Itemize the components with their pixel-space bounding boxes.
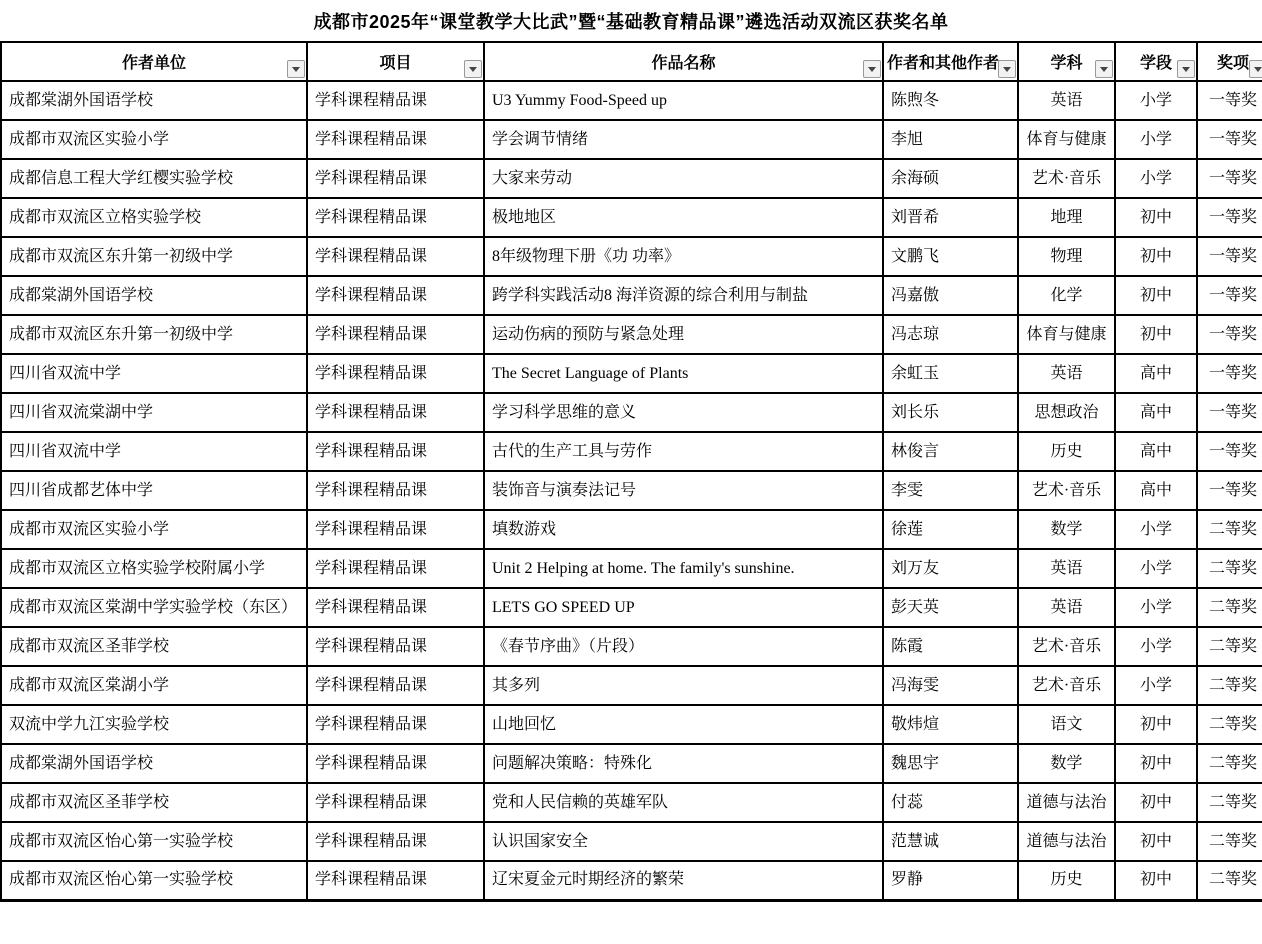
cell-award[interactable]: 二等奖 xyxy=(1197,666,1262,705)
cell-unit[interactable]: 四川省成都艺体中学 xyxy=(1,471,307,510)
cell-subject[interactable]: 历史 xyxy=(1018,861,1115,900)
column-header-label: 奖项 xyxy=(1217,55,1249,72)
cell-work[interactable]: LETS GO SPEED UP xyxy=(484,588,883,627)
cell-stage[interactable]: 高中 xyxy=(1115,393,1197,432)
cell-project[interactable]: 学科课程精品课 xyxy=(307,705,484,744)
chevron-down-icon xyxy=(469,67,477,72)
cell-project[interactable]: 学科课程精品课 xyxy=(307,588,484,627)
cell-award[interactable]: 一等奖 xyxy=(1197,81,1262,120)
cell-subject[interactable]: 化学 xyxy=(1018,276,1115,315)
cell-work[interactable]: 辽宋夏金元时期经济的繁荣 xyxy=(484,861,883,900)
table-row: 成都市双流区东升第一初级中学学科课程精品课8年级物理下册《功 功率》文鹏飞物理初… xyxy=(1,237,1262,276)
cell-stage[interactable]: 高中 xyxy=(1115,471,1197,510)
table-row: 成都棠湖外国语学校学科课程精品课跨学科实践活动8 海洋资源的综合利用与制盐冯嘉傲… xyxy=(1,276,1262,315)
cell-work[interactable]: U3 Yummy Food-Speed up xyxy=(484,81,883,120)
cell-subject[interactable]: 艺术·音乐 xyxy=(1018,159,1115,198)
cell-project[interactable]: 学科课程精品课 xyxy=(307,861,484,900)
table-row: 成都棠湖外国语学校学科课程精品课U3 Yummy Food-Speed up陈煦… xyxy=(1,81,1262,120)
cell-unit[interactable]: 成都棠湖外国语学校 xyxy=(1,276,307,315)
cell-stage[interactable]: 高中 xyxy=(1115,432,1197,471)
cell-award[interactable]: 一等奖 xyxy=(1197,120,1262,159)
cell-project[interactable]: 学科课程精品课 xyxy=(307,159,484,198)
cell-author[interactable]: 陈煦冬 xyxy=(883,81,1018,120)
cell-award[interactable]: 一等奖 xyxy=(1197,159,1262,198)
cell-unit[interactable]: 四川省双流中学 xyxy=(1,432,307,471)
cell-subject[interactable]: 语文 xyxy=(1018,705,1115,744)
cell-author[interactable]: 魏思宇 xyxy=(883,744,1018,783)
cell-work[interactable]: 大家来劳动 xyxy=(484,159,883,198)
cell-stage[interactable]: 初中 xyxy=(1115,783,1197,822)
table-row: 成都市双流区实验小学学科课程精品课学会调节情绪李旭体育与健康小学一等奖 xyxy=(1,120,1262,159)
chevron-down-icon xyxy=(1003,67,1011,72)
cell-award[interactable]: 二等奖 xyxy=(1197,783,1262,822)
cell-unit[interactable]: 成都棠湖外国语学校 xyxy=(1,744,307,783)
cell-award[interactable]: 二等奖 xyxy=(1197,744,1262,783)
cell-award[interactable]: 一等奖 xyxy=(1197,237,1262,276)
cell-stage[interactable]: 小学 xyxy=(1115,549,1197,588)
column-header-award[interactable]: 奖项 xyxy=(1197,42,1262,81)
cell-author[interactable]: 文鹏飞 xyxy=(883,237,1018,276)
cell-unit[interactable]: 成都市双流区棠湖小学 xyxy=(1,666,307,705)
cell-award[interactable]: 二等奖 xyxy=(1197,705,1262,744)
cell-subject[interactable]: 英语 xyxy=(1018,81,1115,120)
cell-subject[interactable]: 数学 xyxy=(1018,744,1115,783)
cell-project[interactable]: 学科课程精品课 xyxy=(307,315,484,354)
cell-award[interactable]: 二等奖 xyxy=(1197,822,1262,861)
cell-stage[interactable]: 初中 xyxy=(1115,822,1197,861)
cell-work[interactable]: 学习科学思维的意义 xyxy=(484,393,883,432)
cell-unit[interactable]: 四川省双流棠湖中学 xyxy=(1,393,307,432)
cell-unit[interactable]: 成都市双流区圣菲学校 xyxy=(1,627,307,666)
table-row: 成都市双流区棠湖中学实验学校（东区）学科课程精品课LETS GO SPEED U… xyxy=(1,588,1262,627)
cell-stage[interactable]: 小学 xyxy=(1115,627,1197,666)
filter-dropdown-button[interactable] xyxy=(1095,60,1113,78)
cell-project[interactable]: 学科课程精品课 xyxy=(307,510,484,549)
filter-dropdown-button[interactable] xyxy=(1249,60,1262,78)
cell-unit[interactable]: 成都市双流区立格实验学校附属小学 xyxy=(1,549,307,588)
filter-dropdown-button[interactable] xyxy=(287,60,305,78)
cell-unit[interactable]: 成都信息工程大学红樱实验学校 xyxy=(1,159,307,198)
cell-unit[interactable]: 双流中学九江实验学校 xyxy=(1,705,307,744)
cell-project[interactable]: 学科课程精品课 xyxy=(307,354,484,393)
column-header-label: 作品名称 xyxy=(651,55,715,72)
cell-award[interactable]: 一等奖 xyxy=(1197,432,1262,471)
column-header-stage[interactable]: 学段 xyxy=(1115,42,1197,81)
cell-author[interactable]: 刘晋希 xyxy=(883,198,1018,237)
table-row: 成都市双流区圣菲学校学科课程精品课《春节序曲》（片段）陈霞艺术·音乐小学二等奖 xyxy=(1,627,1262,666)
cell-stage[interactable]: 初中 xyxy=(1115,237,1197,276)
cell-unit[interactable]: 成都市双流区立格实验学校 xyxy=(1,198,307,237)
table-row: 成都棠湖外国语学校学科课程精品课问题解决策略：特殊化魏思宇数学初中二等奖 xyxy=(1,744,1262,783)
cell-subject[interactable]: 英语 xyxy=(1018,549,1115,588)
cell-work[interactable]: 8年级物理下册《功 功率》 xyxy=(484,237,883,276)
column-header-label: 学科 xyxy=(1050,55,1082,72)
cell-unit[interactable]: 成都市双流区棠湖中学实验学校（东区） xyxy=(1,588,307,627)
cell-author[interactable]: 付蕊 xyxy=(883,783,1018,822)
cell-project[interactable]: 学科课程精品课 xyxy=(307,81,484,120)
cell-subject[interactable]: 地理 xyxy=(1018,198,1115,237)
cell-project[interactable]: 学科课程精品课 xyxy=(307,120,484,159)
cell-work[interactable]: 极地地区 xyxy=(484,198,883,237)
filter-dropdown-button[interactable] xyxy=(1177,60,1195,78)
cell-subject[interactable]: 数学 xyxy=(1018,510,1115,549)
chevron-down-icon xyxy=(1254,67,1262,72)
cell-subject[interactable]: 道德与法治 xyxy=(1018,783,1115,822)
cell-author[interactable]: 彭天英 xyxy=(883,588,1018,627)
cell-work[interactable]: 其多列 xyxy=(484,666,883,705)
cell-author[interactable]: 罗静 xyxy=(883,861,1018,900)
column-header-subject[interactable]: 学科 xyxy=(1018,42,1115,81)
cell-project[interactable]: 学科课程精品课 xyxy=(307,822,484,861)
cell-project[interactable]: 学科课程精品课 xyxy=(307,393,484,432)
cell-subject[interactable]: 思想政治 xyxy=(1018,393,1115,432)
cell-subject[interactable]: 英语 xyxy=(1018,354,1115,393)
cell-project[interactable]: 学科课程精品课 xyxy=(307,276,484,315)
cell-unit[interactable]: 成都市双流区圣菲学校 xyxy=(1,783,307,822)
cell-stage[interactable]: 小学 xyxy=(1115,588,1197,627)
cell-author[interactable]: 徐莲 xyxy=(883,510,1018,549)
cell-work[interactable]: 装饰音与演奏法记号 xyxy=(484,471,883,510)
cell-project[interactable]: 学科课程精品课 xyxy=(307,471,484,510)
cell-subject[interactable]: 物理 xyxy=(1018,237,1115,276)
cell-work[interactable]: 山地回忆 xyxy=(484,705,883,744)
cell-unit[interactable]: 成都市双流区实验小学 xyxy=(1,510,307,549)
column-header-unit[interactable]: 作者单位 xyxy=(1,42,307,81)
cell-author[interactable]: 陈霞 xyxy=(883,627,1018,666)
cell-author[interactable]: 刘万友 xyxy=(883,549,1018,588)
cell-project[interactable]: 学科课程精品课 xyxy=(307,237,484,276)
cell-work[interactable]: 学会调节情绪 xyxy=(484,120,883,159)
cell-award[interactable]: 一等奖 xyxy=(1197,471,1262,510)
cell-work[interactable]: 跨学科实践活动8 海洋资源的综合利用与制盐 xyxy=(484,276,883,315)
cell-author[interactable]: 敬炜煊 xyxy=(883,705,1018,744)
cell-author[interactable]: 余虹玉 xyxy=(883,354,1018,393)
cell-work[interactable]: 《春节序曲》（片段） xyxy=(484,627,883,666)
cell-project[interactable]: 学科课程精品课 xyxy=(307,198,484,237)
column-header-label: 项目 xyxy=(379,55,411,72)
table-row: 成都市双流区立格实验学校学科课程精品课极地地区刘晋希地理初中一等奖 xyxy=(1,198,1262,237)
table-row: 成都信息工程大学红樱实验学校学科课程精品课大家来劳动余海硕艺术·音乐小学一等奖 xyxy=(1,159,1262,198)
cell-award[interactable]: 二等奖 xyxy=(1197,627,1262,666)
cell-work[interactable]: 认识国家安全 xyxy=(484,822,883,861)
cell-project[interactable]: 学科课程精品课 xyxy=(307,666,484,705)
cell-stage[interactable]: 小学 xyxy=(1115,120,1197,159)
cell-subject[interactable]: 英语 xyxy=(1018,588,1115,627)
cell-unit[interactable]: 成都市双流区东升第一初级中学 xyxy=(1,237,307,276)
cell-author[interactable]: 冯志琼 xyxy=(883,315,1018,354)
cell-unit[interactable]: 四川省双流中学 xyxy=(1,354,307,393)
column-header-label: 作者单位 xyxy=(122,55,186,72)
cell-unit[interactable]: 成都市双流区实验小学 xyxy=(1,120,307,159)
cell-stage[interactable]: 小学 xyxy=(1115,159,1197,198)
table-row: 四川省双流中学学科课程精品课The Secret Language of Pla… xyxy=(1,354,1262,393)
cell-unit[interactable]: 成都市双流区东升第一初级中学 xyxy=(1,315,307,354)
chevron-down-icon xyxy=(1100,67,1108,72)
table-row: 四川省双流中学学科课程精品课古代的生产工具与劳作林俊言历史高中一等奖 xyxy=(1,432,1262,471)
cell-stage[interactable]: 小学 xyxy=(1115,666,1197,705)
page-title: 成都市2025年“课堂教学大比武”暨“基础教育精品课”遴选活动双流区获奖名单 xyxy=(0,0,1262,41)
chevron-down-icon xyxy=(868,67,876,72)
cell-unit[interactable]: 成都市双流区怡心第一实验学校 xyxy=(1,822,307,861)
chevron-down-icon xyxy=(292,67,300,72)
awards-table: 作者单位项目作品名称作者和其他作者学科学段奖项 成都棠湖外国语学校学科课程精品课… xyxy=(0,41,1262,902)
cell-stage[interactable]: 小学 xyxy=(1115,510,1197,549)
table-row: 成都市双流区实验小学学科课程精品课填数游戏徐莲数学小学二等奖 xyxy=(1,510,1262,549)
filter-dropdown-button[interactable] xyxy=(998,60,1016,78)
table-row: 四川省成都艺体中学学科课程精品课装饰音与演奏法记号李雯艺术·音乐高中一等奖 xyxy=(1,471,1262,510)
cell-work[interactable]: The Secret Language of Plants xyxy=(484,354,883,393)
cell-award[interactable]: 二等奖 xyxy=(1197,549,1262,588)
cell-author[interactable]: 林俊言 xyxy=(883,432,1018,471)
cell-award[interactable]: 二等奖 xyxy=(1197,588,1262,627)
cell-subject[interactable]: 艺术·音乐 xyxy=(1018,627,1115,666)
cell-stage[interactable]: 初中 xyxy=(1115,315,1197,354)
cell-award[interactable]: 一等奖 xyxy=(1197,315,1262,354)
column-header-author[interactable]: 作者和其他作者 xyxy=(883,42,1018,81)
cell-award[interactable]: 一等奖 xyxy=(1197,276,1262,315)
cell-work[interactable]: Unit 2 Helping at home. The family's sun… xyxy=(484,549,883,588)
cell-award[interactable]: 二等奖 xyxy=(1197,861,1262,900)
cell-award[interactable]: 一等奖 xyxy=(1197,354,1262,393)
cell-author[interactable]: 冯嘉傲 xyxy=(883,276,1018,315)
filter-dropdown-button[interactable] xyxy=(464,60,482,78)
filter-dropdown-button[interactable] xyxy=(863,60,881,78)
cell-award[interactable]: 一等奖 xyxy=(1197,393,1262,432)
cell-stage[interactable]: 初中 xyxy=(1115,705,1197,744)
cell-award[interactable]: 一等奖 xyxy=(1197,198,1262,237)
cell-author[interactable]: 刘长乐 xyxy=(883,393,1018,432)
header-row: 作者单位项目作品名称作者和其他作者学科学段奖项 xyxy=(1,42,1262,81)
cell-subject[interactable]: 艺术·音乐 xyxy=(1018,666,1115,705)
cell-award[interactable]: 二等奖 xyxy=(1197,510,1262,549)
table-row: 成都市双流区立格实验学校附属小学学科课程精品课Unit 2 Helping at… xyxy=(1,549,1262,588)
cell-work[interactable]: 运动伤病的预防与紧急处理 xyxy=(484,315,883,354)
cell-stage[interactable]: 初中 xyxy=(1115,276,1197,315)
column-header-label: 作者和其他作者 xyxy=(887,55,999,72)
table-row: 成都市双流区怡心第一实验学校学科课程精品课辽宋夏金元时期经济的繁荣罗静历史初中二… xyxy=(1,861,1262,900)
cell-author[interactable]: 冯海雯 xyxy=(883,666,1018,705)
spreadsheet-view: 成都市2025年“课堂教学大比武”暨“基础教育精品课”遴选活动双流区获奖名单 作… xyxy=(0,0,1262,902)
cell-unit[interactable]: 成都市双流区怡心第一实验学校 xyxy=(1,861,307,900)
cell-author[interactable]: 范慧诚 xyxy=(883,822,1018,861)
cell-project[interactable]: 学科课程精品课 xyxy=(307,432,484,471)
cell-work[interactable]: 问题解决策略：特殊化 xyxy=(484,744,883,783)
chevron-down-icon xyxy=(1182,67,1190,72)
cell-author[interactable]: 余海硕 xyxy=(883,159,1018,198)
cell-stage[interactable]: 初中 xyxy=(1115,198,1197,237)
cell-stage[interactable]: 初中 xyxy=(1115,861,1197,900)
cell-project[interactable]: 学科课程精品课 xyxy=(307,627,484,666)
cell-stage[interactable]: 初中 xyxy=(1115,744,1197,783)
column-header-work[interactable]: 作品名称 xyxy=(484,42,883,81)
table-row: 成都市双流区东升第一初级中学学科课程精品课运动伤病的预防与紧急处理冯志琼体育与健… xyxy=(1,315,1262,354)
cell-subject[interactable]: 体育与健康 xyxy=(1018,315,1115,354)
cell-subject[interactable]: 道德与法治 xyxy=(1018,822,1115,861)
cell-unit[interactable]: 成都棠湖外国语学校 xyxy=(1,81,307,120)
cell-stage[interactable]: 小学 xyxy=(1115,81,1197,120)
cell-work[interactable]: 党和人民信赖的英雄军队 xyxy=(484,783,883,822)
table-row: 双流中学九江实验学校学科课程精品课山地回忆敬炜煊语文初中二等奖 xyxy=(1,705,1262,744)
table-row: 成都市双流区怡心第一实验学校学科课程精品课认识国家安全范慧诚道德与法治初中二等奖 xyxy=(1,822,1262,861)
cell-subject[interactable]: 艺术·音乐 xyxy=(1018,471,1115,510)
cell-author[interactable]: 李旭 xyxy=(883,120,1018,159)
cell-subject[interactable]: 体育与健康 xyxy=(1018,120,1115,159)
table-row: 四川省双流棠湖中学学科课程精品课学习科学思维的意义刘长乐思想政治高中一等奖 xyxy=(1,393,1262,432)
cell-work[interactable]: 填数游戏 xyxy=(484,510,883,549)
cell-project[interactable]: 学科课程精品课 xyxy=(307,549,484,588)
cell-project[interactable]: 学科课程精品课 xyxy=(307,744,484,783)
column-header-label: 学段 xyxy=(1140,55,1172,72)
cell-subject[interactable]: 历史 xyxy=(1018,432,1115,471)
cell-author[interactable]: 李雯 xyxy=(883,471,1018,510)
table-row: 成都市双流区棠湖小学学科课程精品课其多列冯海雯艺术·音乐小学二等奖 xyxy=(1,666,1262,705)
cell-project[interactable]: 学科课程精品课 xyxy=(307,783,484,822)
table-row: 成都市双流区圣菲学校学科课程精品课党和人民信赖的英雄军队付蕊道德与法治初中二等奖 xyxy=(1,783,1262,822)
cell-stage[interactable]: 高中 xyxy=(1115,354,1197,393)
cell-work[interactable]: 古代的生产工具与劳作 xyxy=(484,432,883,471)
column-header-project[interactable]: 项目 xyxy=(307,42,484,81)
